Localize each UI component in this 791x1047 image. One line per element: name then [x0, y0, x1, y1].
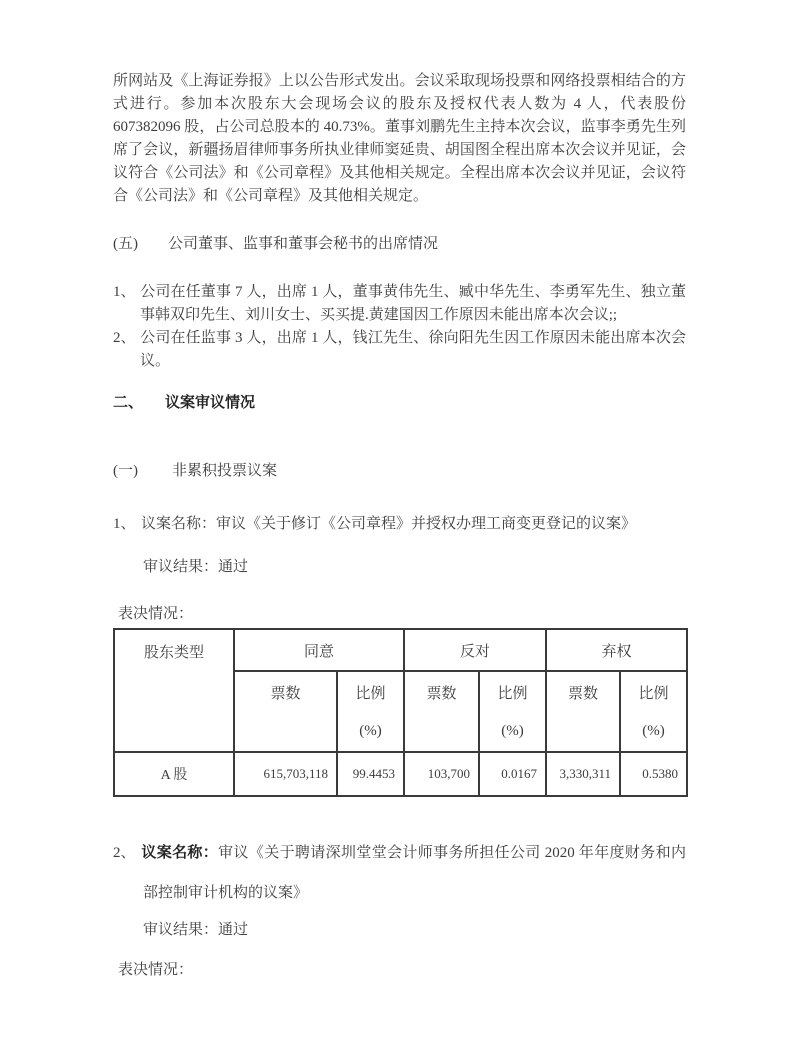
cell-abstain-ratio: 0.5380: [620, 752, 687, 796]
subsection-number: (一): [113, 460, 172, 483]
proposal2-title: 2、议案名称：审议《关于聘请深圳堂堂会计师事务所担任公司 2020 年年度财务和…: [113, 833, 686, 913]
section-review-title: 议案审议情况: [165, 395, 255, 411]
proposal1-name-label: 议案名称：: [141, 516, 216, 532]
proposal1-number: 1、: [113, 513, 141, 536]
document-page: 所网站及《上海证券报》上以公告形式发出。会议采取现场投票和网络投票相结合的方式进…: [0, 0, 791, 1047]
list-item-text: 公司在任董事 7 人，出席 1 人，董事黄伟先生、臧中华先生、李勇军先生、独立董…: [140, 284, 686, 323]
header-abstain: 弃权: [546, 629, 687, 671]
proposal1-result: 审议结果：通过: [143, 556, 686, 579]
proposal2-vote-label: 表决情况：: [118, 959, 686, 982]
attendance-list: 1、公司在任董事 7 人，出席 1 人，董事黄伟先生、臧中华先生、李勇军先生、独…: [113, 281, 686, 373]
proposal2-number: 2、: [113, 833, 141, 873]
subsection-title: 非累积投票议案: [172, 463, 277, 479]
cell-against-ratio: 0.0167: [479, 752, 546, 796]
ratio-unit: (%): [501, 723, 524, 739]
proposal2-result: 审议结果：通过: [143, 919, 686, 942]
section-attendance-number: (五): [113, 233, 168, 256]
list-item-text: 公司在任监事 3 人，出席 1 人，钱江先生、徐向阳先生因工作原因未能出席本次会…: [140, 330, 686, 369]
ratio-unit: (%): [359, 723, 382, 739]
header-against-votes: 票数: [404, 671, 479, 752]
header-agree: 同意: [234, 629, 404, 671]
ratio-label: 比例: [498, 686, 528, 702]
section-attendance-title: 公司董事、监事和董事会秘书的出席情况: [168, 236, 438, 252]
header-against-ratio: 比例(%): [479, 671, 546, 752]
meeting-procedure-paragraph: 所网站及《上海证券报》上以公告形式发出。会议采取现场投票和网络投票相结合的方式进…: [113, 70, 686, 208]
header-against: 反对: [404, 629, 546, 671]
list-item: 1、公司在任董事 7 人，出席 1 人，董事黄伟先生、臧中华先生、李勇军先生、独…: [113, 281, 686, 327]
vote-result-table: 股东类型 同意 反对 弃权 票数 比例(%) 票数 比例(%) 票数 比例(%)…: [113, 628, 688, 797]
proposal1-vote-label: 表决情况：: [118, 603, 686, 626]
cell-share-type: A 股: [114, 752, 234, 796]
header-abstain-ratio: 比例(%): [620, 671, 687, 752]
cell-against-votes: 103,700: [404, 752, 479, 796]
table-row: A 股 615,703,118 99.4453 103,700 0.0167 3…: [114, 752, 687, 796]
ratio-label: 比例: [639, 686, 669, 702]
cell-abstain-votes: 3,330,311: [546, 752, 620, 796]
header-agree-votes: 票数: [234, 671, 337, 752]
header-agree-ratio: 比例(%): [337, 671, 404, 752]
ratio-unit: (%): [642, 723, 665, 739]
proposal2-name-label: 议案名称：: [141, 845, 218, 861]
header-shareholder-type: 股东类型: [114, 629, 234, 752]
proposal1-title: 1、议案名称：审议《关于修订《公司章程》并授权办理工商变更登记的议案》: [113, 513, 686, 536]
section-review-number: 二、: [113, 392, 165, 415]
header-abstain-votes: 票数: [546, 671, 620, 752]
cell-agree-ratio: 99.4453: [337, 752, 404, 796]
section-review-heading: 二、议案审议情况: [113, 392, 686, 415]
list-item: 2、公司在任监事 3 人，出席 1 人，钱江先生、徐向阳先生因工作原因未能出席本…: [113, 327, 686, 373]
cell-agree-votes: 615,703,118: [234, 752, 337, 796]
section-attendance-heading: (五)公司董事、监事和董事会秘书的出席情况: [113, 233, 686, 256]
table-header-row-groups: 股东类型 同意 反对 弃权: [114, 629, 687, 671]
list-item-number: 1、: [113, 281, 140, 304]
proposal1-name-text: 审议《关于修订《公司章程》并授权办理工商变更登记的议案》: [216, 516, 636, 532]
proposal2-name-text: 审议《关于聘请深圳堂堂会计师事务所担任公司 2020 年年度财务和内部控制审计机…: [143, 845, 686, 901]
ratio-label: 比例: [356, 686, 386, 702]
subsection-noncumulative-heading: (一)非累积投票议案: [113, 460, 686, 483]
list-item-number: 2、: [113, 327, 140, 350]
